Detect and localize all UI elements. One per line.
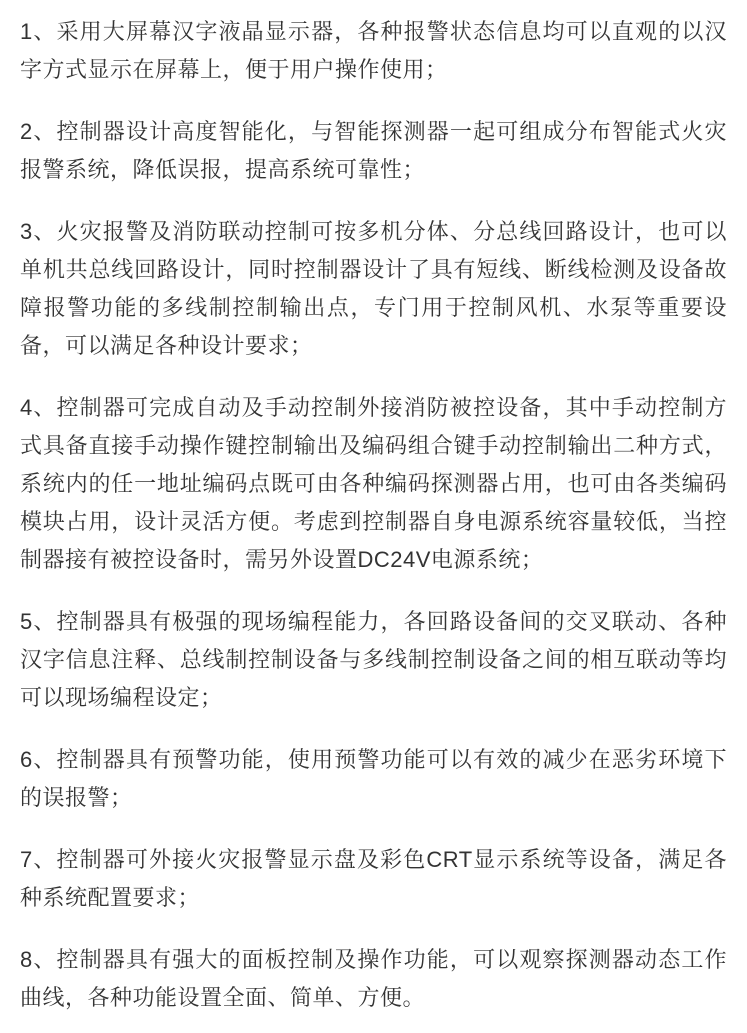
feature-paragraph-4: 4、控制器可完成自动及手动控制外接消防被控设备，其中手动控制方式具备直接手动操作… xyxy=(20,389,727,579)
feature-paragraph-2: 2、控制器设计高度智能化，与智能探测器一起可组成分布智能式火灾报警系统，降低误报… xyxy=(20,113,727,189)
feature-paragraph-1: 1、采用大屏幕汉字液晶显示器，各种报警状态信息均可以直观的以汉字方式显示在屏幕上… xyxy=(20,13,727,89)
feature-paragraph-6: 6、控制器具有预警功能，使用预警功能可以有效的减少在恶劣环境下的误报警； xyxy=(20,741,727,817)
feature-paragraph-8: 8、控制器具有强大的面板控制及操作功能，可以观察探测器动态工作曲线，各种功能设置… xyxy=(20,941,727,1017)
feature-paragraph-3: 3、火灾报警及消防联动控制可按多机分体、分总线回路设计，也可以单机共总线回路设计… xyxy=(20,213,727,365)
feature-document: 1、采用大屏幕汉字液晶显示器，各种报警状态信息均可以直观的以汉字方式显示在屏幕上… xyxy=(0,0,747,1033)
feature-paragraph-7: 7、控制器可外接火灾报警显示盘及彩色CRT显示系统等设备，满足各种系统配置要求； xyxy=(20,841,727,917)
feature-paragraph-5: 5、控制器具有极强的现场编程能力，各回路设备间的交叉联动、各种汉字信息注释、总线… xyxy=(20,603,727,717)
